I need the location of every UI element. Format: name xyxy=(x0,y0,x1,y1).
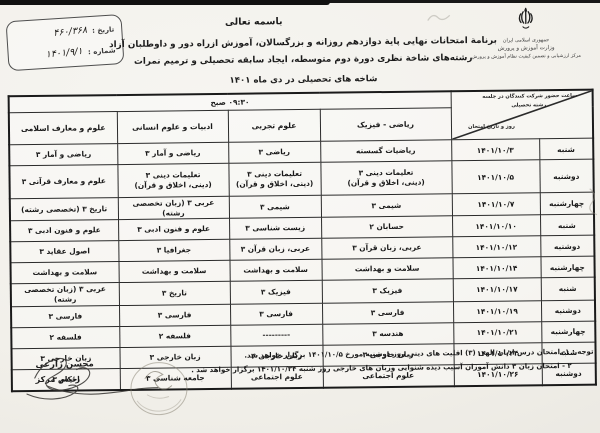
exam-subject: ریاضیات گسسته xyxy=(320,140,451,162)
exam-subject: فارسی ۳ xyxy=(11,305,119,327)
exam-subject: اصول عقاید ۳ xyxy=(10,241,118,263)
exam-subject: فارسی ۳ xyxy=(230,303,322,325)
exam-subject: جغرافیا ۳ xyxy=(118,240,229,262)
exam-day: شنبه xyxy=(539,138,593,160)
exam-subject: عربی ۳ (زبان تخصصی رشته) xyxy=(11,283,119,306)
exam-subject: فلسفه ۲ xyxy=(11,326,119,348)
column-header-islamic: علوم و معارف اسلامی xyxy=(9,112,117,145)
exam-subject: حسابان ۲ xyxy=(321,216,452,238)
exam-subject: ریاضی ۳ xyxy=(228,141,320,163)
column-header-experimental: علوم تجربی xyxy=(228,109,320,142)
exam-subject: فارسی ۳ xyxy=(322,301,453,323)
scan-artifact xyxy=(426,10,452,26)
exam-day: چهارشنبه xyxy=(540,256,594,278)
exam-day: دوشنبه xyxy=(541,300,595,322)
exam-subject: فلسفه ۲ xyxy=(119,325,230,347)
exam-subject: علوم و فنون ادبی ۳ xyxy=(10,220,118,242)
exam-day: شنبه xyxy=(540,214,594,236)
exam-date: ۱۴۰۱/۱۰/۳ xyxy=(451,139,539,161)
exam-date: ۱۴۰۱/۱۰/۵ xyxy=(451,160,539,194)
corner-day-date-label: روز و تاریخ امتحان xyxy=(455,123,527,130)
exam-subject: شیمی ۳ xyxy=(321,194,452,218)
exam-subject: عربی، زبان قرآن ۳ xyxy=(229,239,321,261)
exam-date: ۱۴۰۱/۱۰/۷ xyxy=(452,193,540,216)
document-sheet: تاریخ : ۴۶۰/۳۶۸ شماره : ۱۴۰۱/۹/۱ xyxy=(0,0,600,433)
exam-subject: علوم و فنون ادبی ۳ xyxy=(118,219,229,241)
exam-subject: فیزیک ۳ xyxy=(322,279,453,303)
exam-subject: سلامت و بهداشت xyxy=(119,261,230,283)
document-title-line2: رشته‌های شاخة نظری دورة دوم متوسطه، ایجا… xyxy=(58,52,548,68)
exam-day: چهارشنبه xyxy=(541,321,595,343)
exam-date: ۱۴۰۱/۱۰/۱۰ xyxy=(452,215,540,237)
exam-subject: عربی، زبان قرآن ۳ xyxy=(321,237,452,259)
exam-date: ۱۴۰۱/۱۰/۲۱ xyxy=(453,321,541,343)
exam-date: ۱۴۰۱/۱۰/۱۴ xyxy=(452,257,540,279)
exam-subject: سلامت و بهداشت xyxy=(229,260,321,282)
exam-subject: هندسه ۳ xyxy=(322,322,453,344)
signature-scribble xyxy=(27,357,158,399)
corner-branch-label: رشته تحصیلی xyxy=(494,102,564,109)
exam-subject: علوم و معارف قرآنی ۳ xyxy=(9,165,117,199)
exam-date: ۱۴۰۱/۱۰/۱۹ xyxy=(453,300,541,322)
exam-subject: سلامت و بهداشت xyxy=(11,262,119,284)
exam-subject: ریاضی و آمار ۳ xyxy=(9,144,117,166)
scan-artifact xyxy=(586,187,600,217)
exam-subject: تاریخ ۳ (تخصصی رشته) xyxy=(10,198,118,221)
exam-day: دوشنبه xyxy=(540,235,594,257)
exam-subject: تعلیمات دینی ۳ (دینی، اخلاق و قرآن) xyxy=(228,162,320,196)
exam-subject: شیمی ۳ xyxy=(229,195,321,218)
signature-and-stamp xyxy=(6,346,257,433)
column-header-math-physics: ریاضی - فیزیک xyxy=(320,108,451,141)
exam-subject: --------- xyxy=(230,324,322,346)
exam-subject: تعلیمات دینی ۳ (دینی، اخلاق و قرآن) xyxy=(117,163,228,197)
exam-date: ۱۴۰۱/۱۰/۱۲ xyxy=(452,236,540,258)
column-header-humanities: ادبیات و علوم انسانی xyxy=(117,110,228,143)
exam-subject: سلامت و بهداشت xyxy=(321,258,452,280)
exam-subject: تعلیمات دینی ۳ (دینی، اخلاق و قرآن) xyxy=(320,161,451,195)
iran-emblem-icon xyxy=(516,5,536,35)
exam-day: شنبه xyxy=(541,277,595,300)
exam-subject: تاریخ ۳ xyxy=(119,282,230,306)
document-title-line3: شاخه های تحصیلی در دی ماه ۱۴۰۱ xyxy=(58,72,548,88)
exam-subject: فیزیک ۳ xyxy=(230,281,322,304)
exam-subject: عربی ۳ (زبان تخصصی رشته) xyxy=(118,196,229,220)
exam-subject: زیست شناسی ۳ xyxy=(229,218,321,240)
exam-date: ۱۴۰۱/۱۰/۱۷ xyxy=(453,278,541,301)
scanned-exam-schedule-document: تاریخ : ۴۶۰/۳۶۸ شماره : ۱۴۰۱/۹/۱ xyxy=(0,0,600,433)
exam-subject: فارسی ۳ xyxy=(119,304,230,326)
exam-subject: ریاضی و آمار ۳ xyxy=(117,142,228,164)
corner-header-cell: ساعت حضور شرکت کنندگان در جلسه رشته تحصی… xyxy=(451,90,594,140)
